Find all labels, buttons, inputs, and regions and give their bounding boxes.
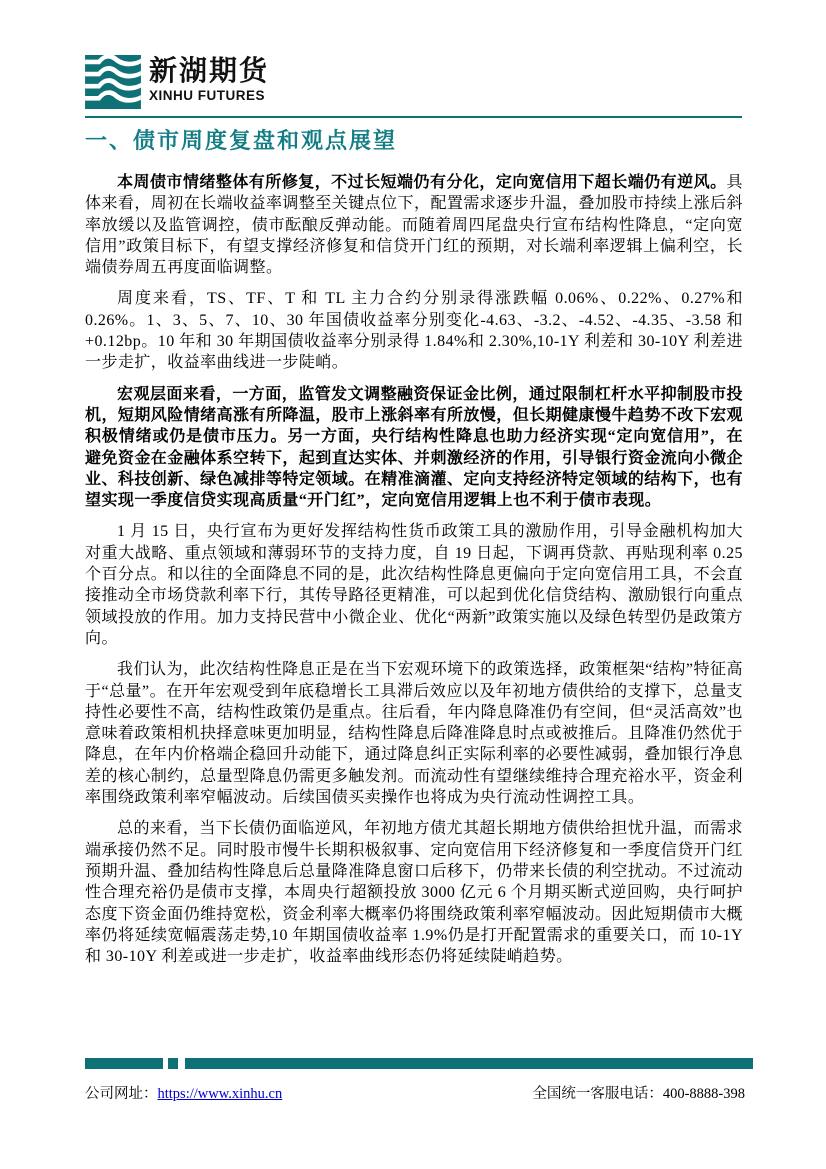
footer-bar-segment-left (85, 1058, 163, 1069)
paragraph-our-view: 我们认为，此次结构性降息正是在当下宏观环境下的政策选择，政策框架“结构”特征高于… (85, 659, 743, 808)
footer-bar-segment-right (185, 1058, 753, 1069)
paragraph-weekly-data: 周度来看，TS、TF、T 和 TL 主力合约分别录得涨跌幅 0.06%、0.22… (85, 288, 743, 373)
footer-hotline-label: 全国统一客服电话： (532, 1086, 663, 1102)
footer-hotline-number: 400-8888-398 (663, 1086, 745, 1102)
article-body: 本周债市情绪整体有所修复，不过长短端仍有分化，定向宽信用下超长端仍有逆风。具体来… (85, 172, 743, 977)
document-page: 新湖期货 XINHU FUTURES 一、债市周度复盘和观点展望 本周债市情绪整… (0, 0, 826, 1169)
footer-website: 公司网址：https://www.xinhu.cn (85, 1084, 282, 1104)
xinhu-waves-logo-icon (85, 55, 141, 109)
brand-row: 新湖期货 XINHU FUTURES (85, 55, 743, 109)
paragraph-policy-news: 1 月 15 日，央行宣布为更好发挥结构性货币政策工具的激励作用，引导金融机构加… (85, 521, 743, 649)
paragraph-conclusion: 总的来看，当下长债仍面临逆风，年初地方债尤其超长期地方债供给担忧升温，而需求端承… (85, 818, 743, 967)
brand-name-en: XINHU FUTURES (149, 88, 269, 103)
brand-text: 新湖期货 XINHU FUTURES (149, 55, 269, 103)
header-divider (85, 116, 742, 118)
footer-bar-gap (178, 1058, 185, 1069)
footer-decorative-bar (85, 1058, 753, 1069)
footer-hotline: 全国统一客服电话：400-8888-398 (532, 1084, 745, 1104)
footer-website-link[interactable]: https://www.xinhu.cn (158, 1086, 283, 1102)
paragraph-macro-view: 宏观层面来看，一方面，监管发文调整融资保证金比例，通过限制杠杆水平抑制股市投机，… (85, 384, 743, 512)
paragraph-lead-bold: 本周债市情绪整体有所修复，不过长短端仍有分化，定向宽信用下超长端仍有逆风。 (117, 174, 727, 191)
footer-website-label: 公司网址： (85, 1086, 158, 1102)
report-header: 新湖期货 XINHU FUTURES (85, 55, 743, 109)
paragraph-weekly-summary: 本周债市情绪整体有所修复，不过长短端仍有分化，定向宽信用下超长端仍有逆风。具体来… (85, 172, 743, 278)
footer-bar-square (168, 1058, 178, 1069)
footer-text-row: 公司网址：https://www.xinhu.cn 全国统一客服电话：400-8… (85, 1084, 745, 1104)
section-heading: 一、债市周度复盘和观点展望 (85, 126, 743, 156)
brand-name-cn: 新湖期货 (149, 56, 269, 86)
